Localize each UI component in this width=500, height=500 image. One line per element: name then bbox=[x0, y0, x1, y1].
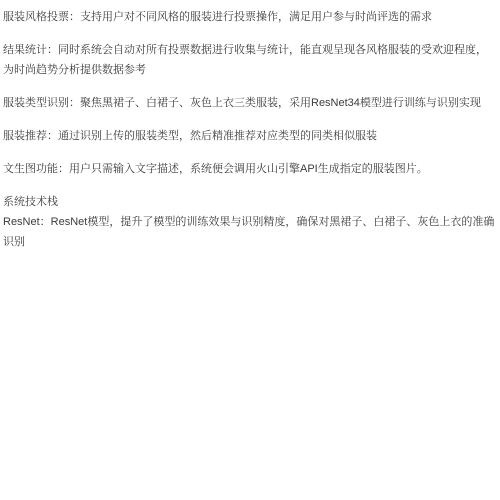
document-body: 服装风格投票：支持用户对不同风格的服装进行投票操作，满足用户参与时尚评选的需求 … bbox=[0, 0, 500, 500]
heading-tech-stack: 系统技术栈 bbox=[3, 192, 495, 212]
para-text-to-image: 文生图功能：用户只需输入文字描述，系统便会调用火山引擎API生成指定的服装图片。 bbox=[3, 159, 495, 179]
para-resnet-detail: ResNet：ResNet模型，提升了模型的训练效果与识别精度，确保对黑裙子、白… bbox=[3, 212, 495, 252]
para-recommendation: 服装推荐：通过识别上传的服装类型，然后精准推荐对应类型的同类相似服装 bbox=[3, 126, 495, 146]
para-type-recognition: 服装类型识别：聚焦黑裙子、白裙子、灰色上衣三类服装，采用ResNet34模型进行… bbox=[3, 93, 495, 113]
para-style-voting: 服装风格投票：支持用户对不同风格的服装进行投票操作，满足用户参与时尚评选的需求 bbox=[3, 7, 495, 27]
para-result-stats: 结果统计：同时系统会自动对所有投票数据进行收集与统计，能直观呈现各风格服装的受欢… bbox=[3, 40, 495, 80]
